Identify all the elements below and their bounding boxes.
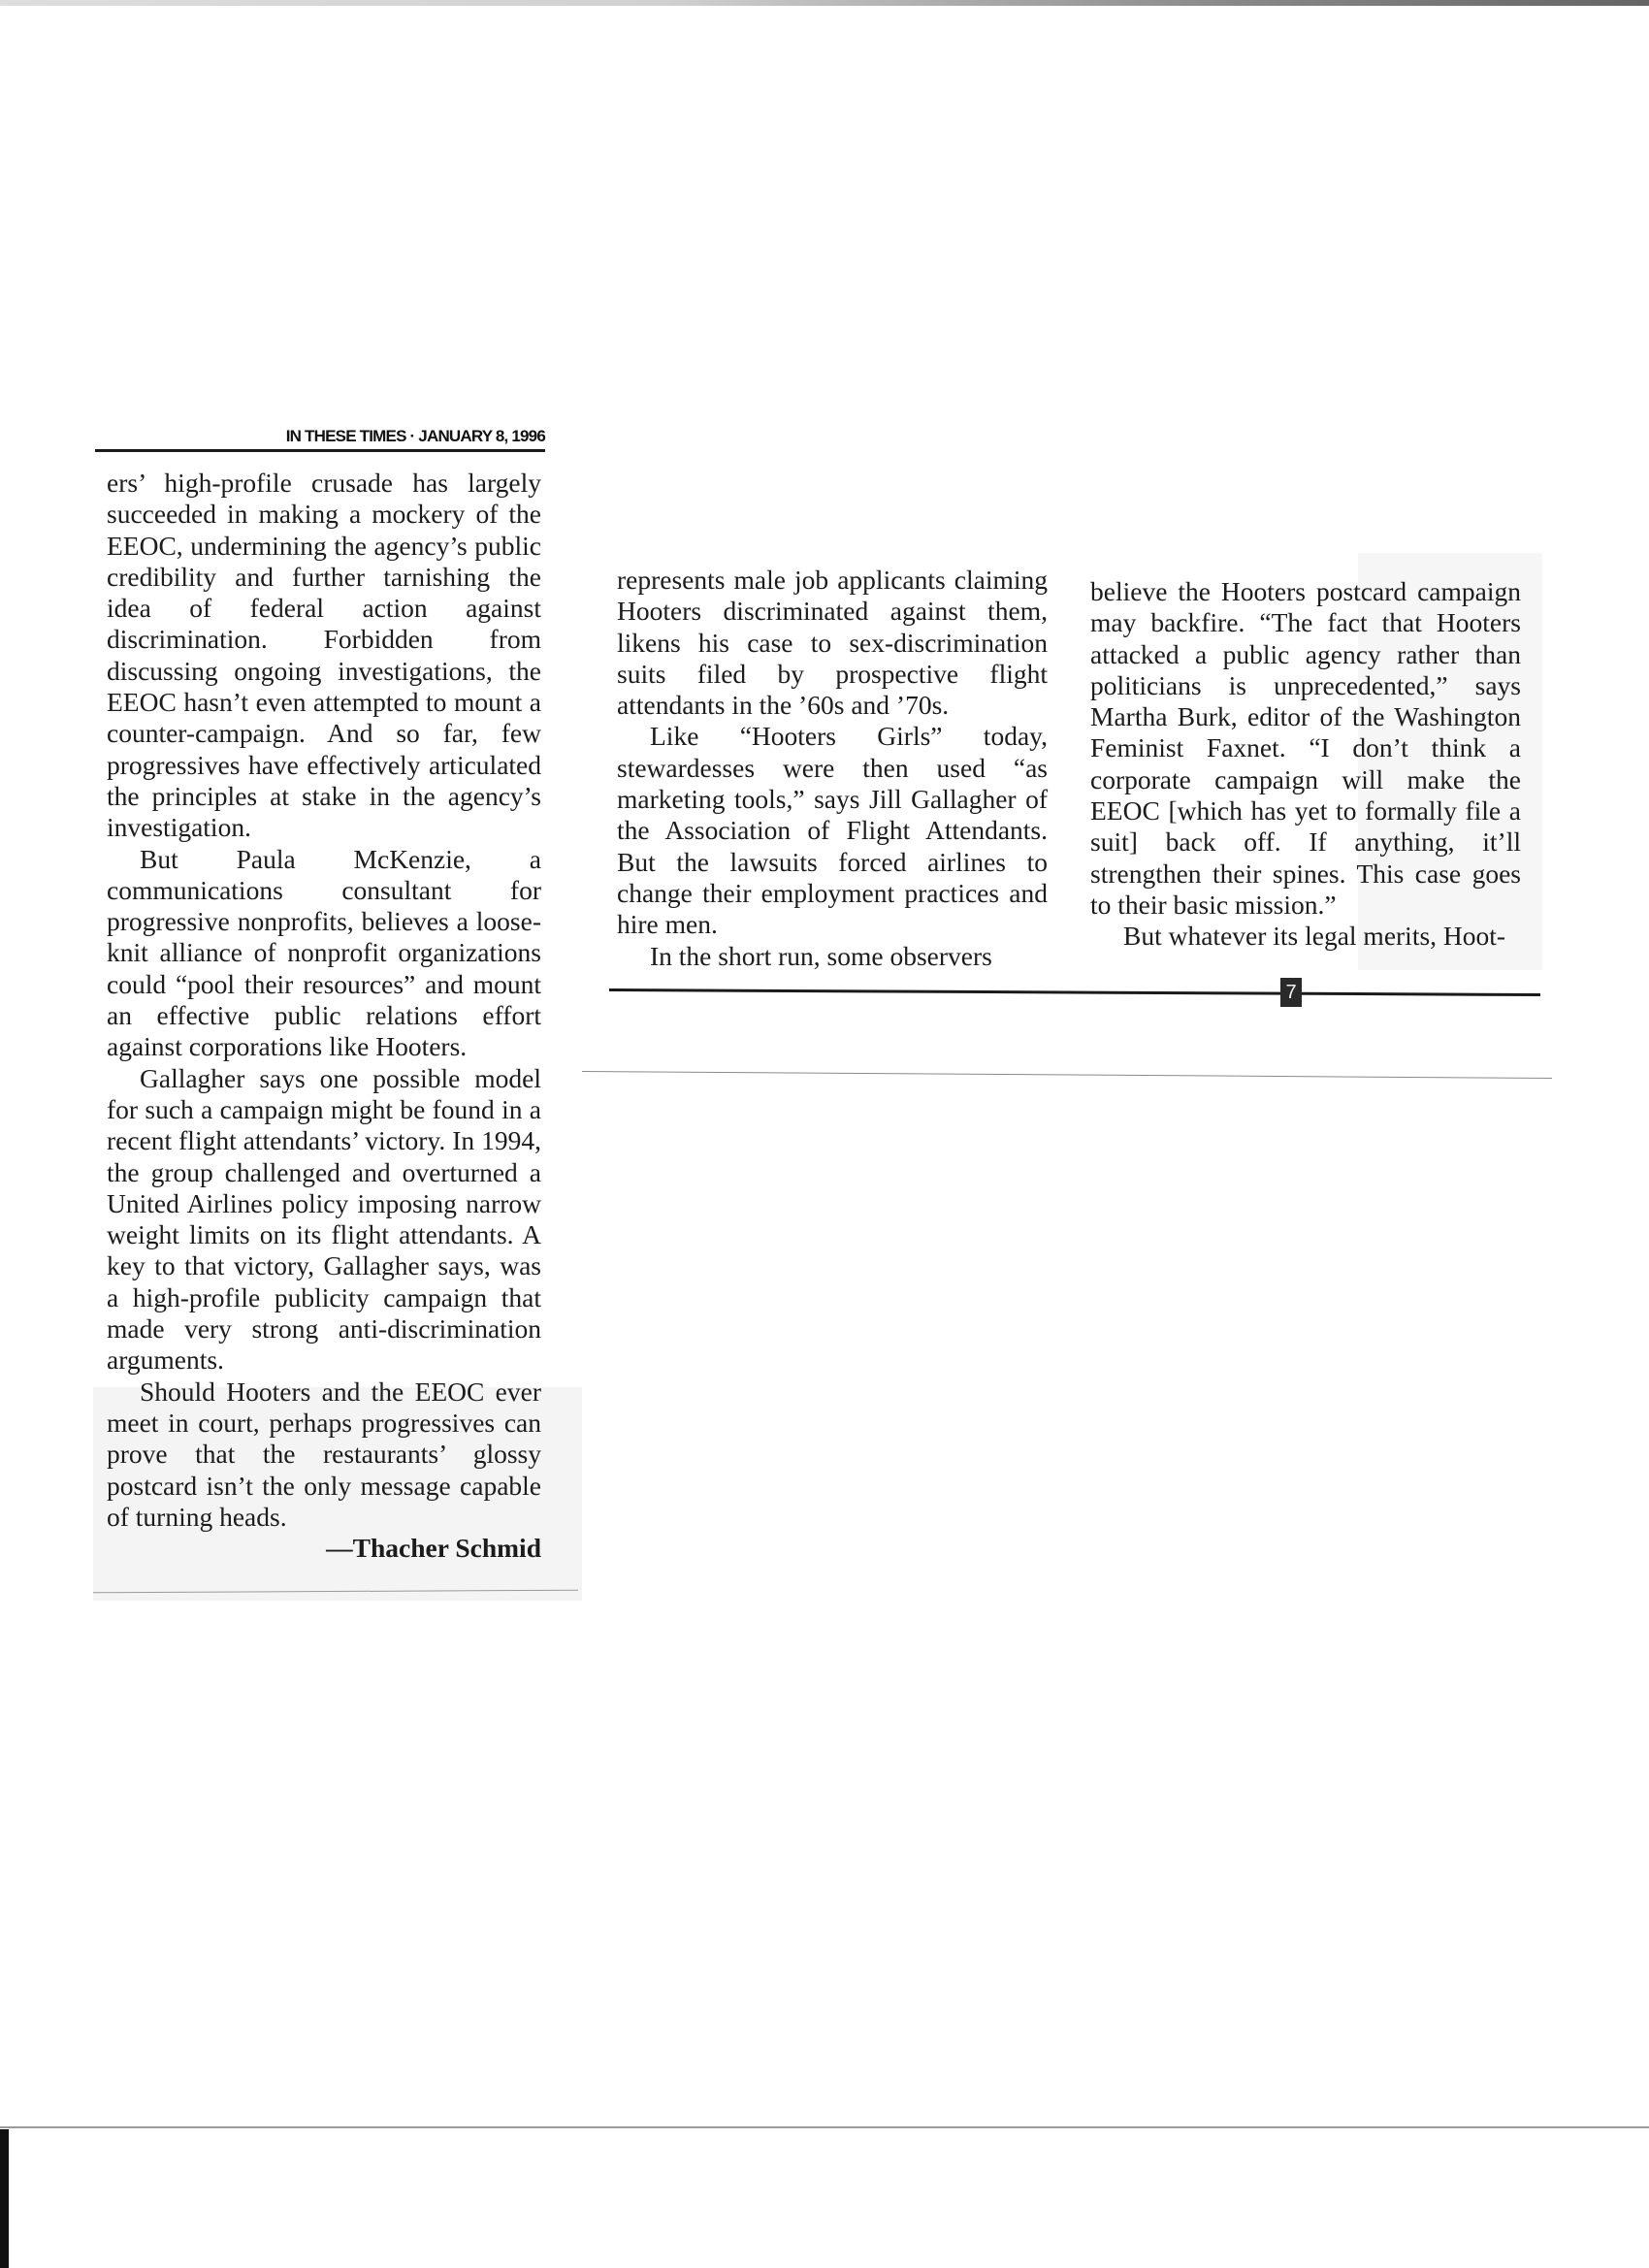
scan-bottom-edge: [0, 2126, 1649, 2128]
header-rule: [95, 449, 545, 452]
paragraph: But Paula McKenzie, a communications con…: [107, 844, 541, 1063]
scan-top-edge: [0, 0, 1649, 6]
paragraph: ers’ high-profile crusade has largely su…: [107, 468, 541, 844]
paragraph: Should Hooters and the EEOC ever meet in…: [107, 1377, 541, 1533]
article-column-2: represents male job applicants claiming …: [617, 565, 1048, 972]
page-number-badge: 7: [1280, 978, 1302, 1007]
byline: —Thacher Schmid: [107, 1533, 541, 1564]
paragraph: Gallagher says one possible model for su…: [107, 1063, 541, 1377]
article-column-1: ers’ high-profile crusade has largely su…: [107, 468, 541, 1564]
footer-rule: [609, 988, 1540, 996]
paragraph: believe the Hooters postcard campaign ma…: [1090, 576, 1521, 921]
article-column-3: believe the Hooters postcard campaign ma…: [1090, 576, 1521, 953]
running-head: IN THESE TIMES · JANUARY 8, 1996: [95, 427, 545, 446]
scan-left-shadow: [0, 2129, 9, 2268]
paragraph: In the short run, some observers: [617, 941, 1048, 972]
clipping-edge-bottom: [582, 1071, 1552, 1079]
paragraph: represents male job applicants claiming …: [617, 565, 1048, 721]
paragraph: Like “Hooters Girls” today, stewardesses…: [617, 721, 1048, 940]
paragraph: But whatever its legal merits, Hoot-: [1090, 921, 1521, 952]
bleed-through-text: [578, 718, 594, 989]
